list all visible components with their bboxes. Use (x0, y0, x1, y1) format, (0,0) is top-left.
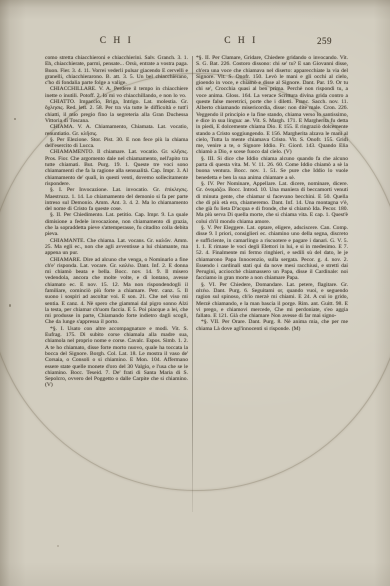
dictionary-entry-chiamare: CHIAMARE. Dire ad alcuno che venga, o No… (45, 257, 188, 326)
dictionary-entry-chiamante: CHIAMANTE. Che chiama. Lat. vocans. Gr. … (45, 238, 188, 257)
dictionary-paragraph: *§. II. Per Clamare, Gridare, Chiedere g… (196, 55, 348, 156)
dictionary-paragraph: *§. I. Usato con altre accompagnature e … (45, 326, 188, 389)
dictionary-paragraph: §. III. Si dice che Iddio chiama alcuno … (196, 156, 348, 181)
dictionary-paragraph: §. VI. Per Chiedere, Domandare. Lat. pet… (196, 282, 348, 320)
column-divider-rule (192, 56, 193, 512)
dictionary-entry-chiacchillare: CHIACCHILLARE. V. A. Perdere il tempo in… (45, 86, 188, 99)
left-text-column: como stretta chiacchieroni e chiacchieri… (45, 55, 188, 517)
dictionary-paragraph: *§. VII. Per Orare. Dant. Purg. 8. Nè an… (196, 319, 348, 332)
dictionary-paragraph: §. Per Elezione. Stor. Pist. 30. E non f… (45, 137, 188, 150)
dictionary-entry-chiama: CHIAMA. V. A. Chiamamento, Chiamata. Lat… (45, 124, 188, 137)
dictionary-paragraph: §. V. Per Eleggere. Lat. optare, eligere… (196, 225, 348, 282)
running-head-left: C H I (45, 36, 188, 46)
running-head-right: C H I (203, 36, 279, 46)
scanned-book-page: C H I C H I 259 como stretta chiacchiero… (0, 0, 390, 586)
paper-speck (9, 304, 11, 307)
dictionary-entry-chiamamento: CHIAMAMENTO. Il chiamare. Lat. vocatio. … (45, 149, 188, 187)
dictionary-entry-chiatto: CHIATTO. Impaccio, Briga, Intrigo. Lat. … (45, 99, 188, 124)
dictionary-paragraph: §. II. Per Chiedimento. Lat. petitio. Ca… (45, 212, 188, 237)
paper-speck (14, 118, 16, 120)
dictionary-paragraph: §. I. Per Invocazione. Lat. invocatio. G… (45, 187, 188, 212)
dictionary-paragraph: §. IV. Per Nominare, Appellare. Lat. dic… (196, 181, 348, 225)
dictionary-paragraph: como stretta chiacchieroni e chiacchieri… (45, 55, 188, 86)
page-number: 259 (317, 36, 343, 46)
paper-speck (57, 545, 59, 547)
right-text-column: *§. II. Per Clamare, Gridare, Chiedere g… (196, 55, 348, 517)
